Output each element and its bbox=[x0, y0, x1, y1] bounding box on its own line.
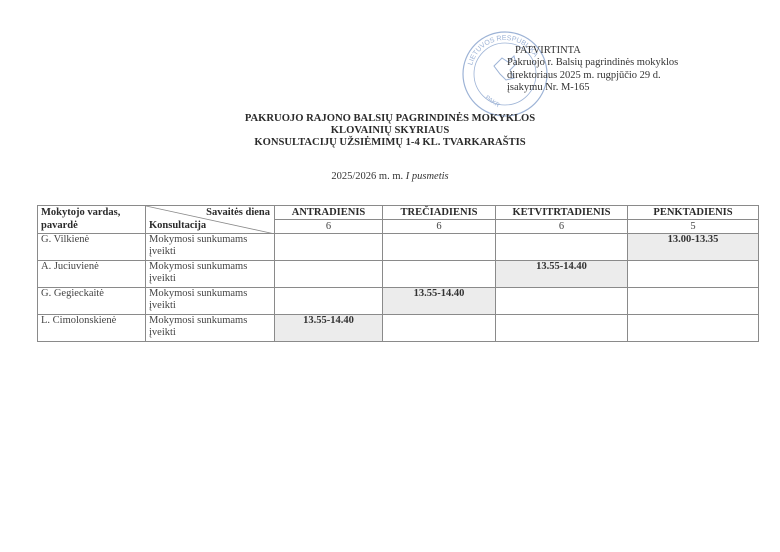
time-slot: 13.55-14.40 bbox=[275, 315, 383, 342]
day-header: PENKTADIENIS bbox=[628, 206, 759, 220]
time-slot bbox=[628, 315, 759, 342]
consultation-header: Konsultacija bbox=[149, 219, 206, 232]
day-header: KETVITRTADIENIS bbox=[496, 206, 628, 220]
time-slot bbox=[383, 234, 496, 261]
table-row: A. JuciuvienėMokymosi sunkumams įveikti1… bbox=[38, 261, 759, 288]
consultation-type: Mokymosi sunkumams įveikti bbox=[146, 315, 275, 342]
time-slot bbox=[275, 288, 383, 315]
approval-line-3: direktoriaus 2025 m. rugpjūčio 29 d. bbox=[507, 70, 678, 82]
approval-line-4: įsakymu Nr. M-165 bbox=[507, 82, 678, 94]
document-title-line-1: PAKRUOJO RAJONO BALSIŲ PAGRINDINĖS MOKYK… bbox=[0, 113, 780, 125]
school-year-period: 2025/2026 m. m. I pusmetis bbox=[0, 171, 780, 182]
time-slot: 13.00-13.35 bbox=[628, 234, 759, 261]
time-slot bbox=[275, 234, 383, 261]
teacher-name: A. Juciuvienė bbox=[38, 261, 146, 288]
consultation-type: Mokymosi sunkumams įveikti bbox=[146, 234, 275, 261]
approval-line-2: Pakruojo r. Balsių pagrindinės mokyklos bbox=[507, 57, 678, 69]
time-slot bbox=[383, 315, 496, 342]
consultation-type: Mokymosi sunkumams įveikti bbox=[146, 288, 275, 315]
day-header: TREČIADIENIS bbox=[383, 206, 496, 220]
approval-line-1: PATVIRTINTA bbox=[507, 45, 678, 57]
term: I pusmetis bbox=[406, 171, 449, 182]
table-row: L. CimolonskienėMokymosi sunkumams įveik… bbox=[38, 315, 759, 342]
school-year: 2025/2026 m. m. bbox=[331, 171, 403, 182]
diagonal-header-cell: Savaitės diena Konsultacija bbox=[146, 206, 275, 234]
teacher-name-header: Mokytojo vardas, pavardė bbox=[38, 206, 146, 234]
document-title-line-3: KONSULTACIJŲ UŽSIĖMIMŲ 1-4 KL. TVARKARAŠ… bbox=[0, 137, 780, 149]
time-slot bbox=[496, 315, 628, 342]
lesson-count: 5 bbox=[628, 220, 759, 234]
approval-block: PATVIRTINTA Pakruojo r. Balsių pagrindin… bbox=[507, 45, 678, 94]
lesson-count: 6 bbox=[383, 220, 496, 234]
time-slot bbox=[628, 288, 759, 315]
weekday-header: Savaitės diena bbox=[206, 206, 270, 219]
document-title-line-2: KLOVAINIŲ SKYRIAUS bbox=[0, 125, 780, 137]
svg-text:PAKR: PAKR bbox=[484, 95, 501, 109]
teacher-name: L. Cimolonskienė bbox=[38, 315, 146, 342]
consultation-schedule-table: Mokytojo vardas, pavardė Savaitės diena … bbox=[37, 205, 759, 342]
time-slot: 13.55-14.40 bbox=[383, 288, 496, 315]
time-slot: 13.55-14.40 bbox=[496, 261, 628, 288]
consultation-type: Mokymosi sunkumams įveikti bbox=[146, 261, 275, 288]
teacher-name: G. Gegieckaitė bbox=[38, 288, 146, 315]
time-slot bbox=[496, 288, 628, 315]
lesson-count: 6 bbox=[496, 220, 628, 234]
time-slot bbox=[496, 234, 628, 261]
time-slot bbox=[383, 261, 496, 288]
table-row: G. GegieckaitėMokymosi sunkumams įveikti… bbox=[38, 288, 759, 315]
day-header: ANTRADIENIS bbox=[275, 206, 383, 220]
table-row: G. VilkienėMokymosi sunkumams įveikti13.… bbox=[38, 234, 759, 261]
lesson-count: 6 bbox=[275, 220, 383, 234]
time-slot bbox=[275, 261, 383, 288]
time-slot bbox=[628, 261, 759, 288]
teacher-name: G. Vilkienė bbox=[38, 234, 146, 261]
